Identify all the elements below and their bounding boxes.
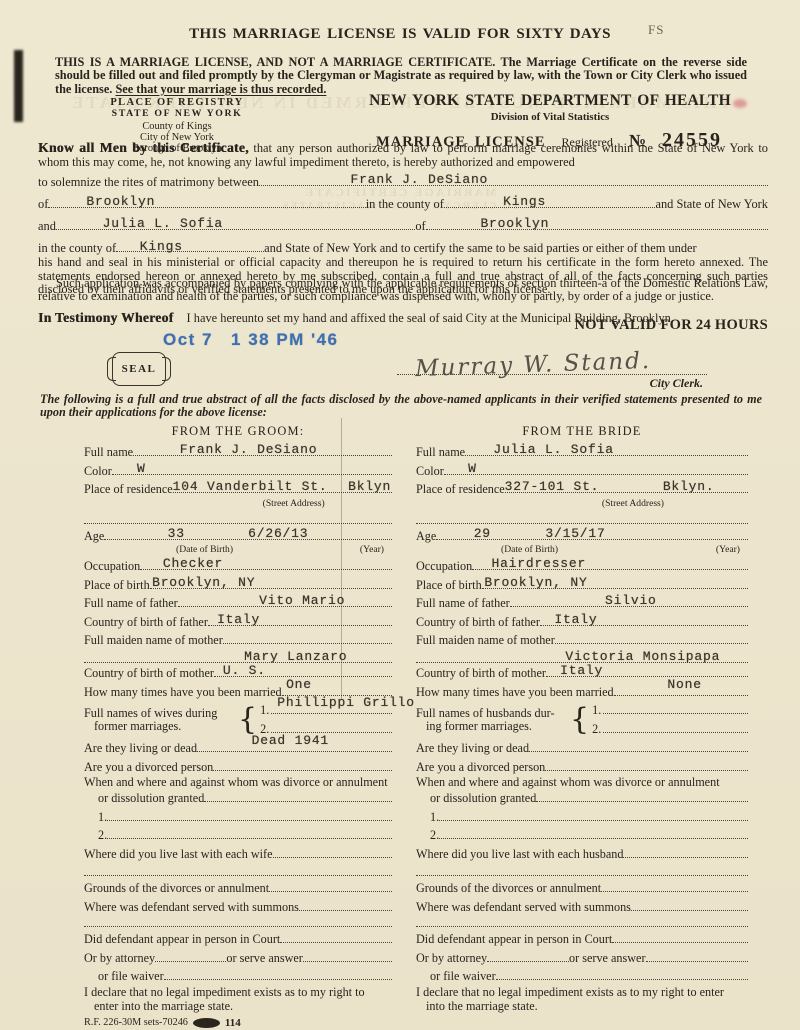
dotted-line: 327-101 St.Bklyn. <box>505 480 748 493</box>
groom-residence-city: Bklyn <box>348 479 391 494</box>
notice-lead: THIS IS A MARRIAGE LICENSE, AND NOT A MA… <box>55 55 495 69</box>
bride-declaration: I declare that no legal impediment exist… <box>416 986 748 1013</box>
abstract-columns: FROM THE GROOM: Full nameFrank J. DeSian… <box>0 424 800 1029</box>
groom-residence-row: of Brooklyn in the county of Kings and S… <box>38 194 768 212</box>
registry-line: PLACE OF REGISTRY <box>92 97 262 108</box>
dotted-line: W <box>444 462 748 475</box>
field-item-2: 2. <box>416 826 748 843</box>
field-mother-value: Mary Lanzaro <box>84 650 392 663</box>
dotted-line: Phillippi Grillo <box>271 701 392 714</box>
field-dissolution: or dissolution granted <box>416 789 748 806</box>
dotted-line: Frank J. DeSiano <box>133 443 392 456</box>
license-notice-paragraph: THIS IS A MARRIAGE LICENSE, AND NOT A MA… <box>55 56 747 96</box>
scan-edge-artifact <box>14 50 23 122</box>
field-occupation: OccupationHairdresser <box>416 557 748 574</box>
field-father-country: Country of birth of fatherItaly <box>416 613 748 630</box>
department-title: NEW YORK STATE DEPARTMENT OF HEALTH <box>320 92 780 110</box>
field-last-lived: Where did you live last with each husban… <box>416 845 748 862</box>
dotted-line <box>631 898 748 911</box>
groom-county-value: Kings <box>503 194 546 209</box>
dotted-line: Kings <box>444 194 656 208</box>
groom-father-country-value: Italy <box>217 612 260 627</box>
form-number: R.F. 226-30M sets-70246 <box>84 1017 188 1028</box>
application-paragraph: Such application was accompanied by pape… <box>38 277 768 303</box>
dotted-line <box>603 720 748 733</box>
dotted-line: Brooklyn, NY <box>482 576 748 589</box>
dotted-separator <box>84 869 392 876</box>
bride-section-header: FROM THE BRIDE <box>416 424 748 439</box>
bride-residence-city: Bklyn. <box>663 479 715 494</box>
field-age: Age293/15/17 <box>416 527 748 544</box>
after-county-text: and State of New York and to certify the… <box>264 242 697 255</box>
dotted-line: Checker <box>140 557 392 570</box>
groom-column: FROM THE GROOM: Full nameFrank J. DeSian… <box>84 424 392 1029</box>
dotted-line: 104 Vanderbilt St.Bklyn <box>173 480 392 493</box>
seal-label: SEAL <box>122 363 157 375</box>
bride-birthplace-value: Brooklyn, NY <box>484 575 587 590</box>
dotted-line <box>303 949 392 962</box>
union-bug-icon <box>193 1018 220 1028</box>
field-former-spouses: Full names of husbands dur-ing former ma… <box>416 701 748 738</box>
groom-mother-value: Mary Lanzaro <box>244 649 347 664</box>
field-living-or-dead: Are they living or dead <box>416 739 748 756</box>
dotted-line <box>107 808 392 821</box>
groom-residence-value: 104 Vanderbilt St. <box>173 479 328 494</box>
clerk-signature-block: Murray W. Stand. City Clerk. <box>397 342 707 391</box>
groom-age-value: 33 <box>168 526 185 541</box>
between-label: to solemnize the rites of matrimony betw… <box>38 175 259 190</box>
and-label: and <box>38 219 56 234</box>
certificate-opening-paragraph: Know all Men by this Certificate, that a… <box>38 141 768 170</box>
dotted-line: Brooklyn <box>48 194 365 208</box>
dotted-line: Hairdresser <box>472 557 748 570</box>
groom-living-value: Dead 1941 <box>252 733 329 748</box>
dotted-separator <box>416 920 748 927</box>
field-grounds: Grounds of the divorces or annulment <box>416 879 748 896</box>
dotted-line <box>555 631 748 644</box>
dotted-line <box>529 739 748 752</box>
brace-glyph: { <box>238 702 257 737</box>
dotted-line: Brooklyn, NY <box>150 576 392 589</box>
field-occupation: OccupationChecker <box>84 557 392 574</box>
dotted-line <box>545 758 748 771</box>
form-footer: R.F. 226-30M sets-70246 114 <box>84 1017 392 1029</box>
bride-father-value: Silvio <box>605 593 657 608</box>
dotted-line <box>107 826 392 839</box>
dotted-separator <box>416 869 748 876</box>
dotted-line: Italy <box>208 613 392 626</box>
notice-underlined: See that your marriage is thus recorded. <box>115 82 326 96</box>
dotted-separator <box>84 517 392 524</box>
field-court: Did defendant appear in person in Court <box>416 930 748 947</box>
stamp-time: 1 38 PM '46 <box>231 330 339 350</box>
county-label: in the county of <box>366 197 444 212</box>
bride-city-value: Brooklyn <box>480 216 549 231</box>
field-last-lived: Where did you live last with each wife <box>84 845 392 862</box>
dotted-line <box>155 949 226 962</box>
bride-residence-value: 327-101 St. <box>505 479 600 494</box>
bride-county-value: Kings <box>140 240 183 253</box>
bride-dob-value: 3/15/17 <box>545 526 605 541</box>
field-residence: Place of residence104 Vanderbilt St.Bkly… <box>84 480 392 497</box>
field-when-where: When and where and against whom was divo… <box>416 776 748 789</box>
dotted-line: 336/26/13 <box>104 527 392 540</box>
dotted-line: Kings <box>116 238 264 252</box>
groom-city-value: Brooklyn <box>86 194 155 209</box>
not-valid-warning: NOT VALID FOR 24 HOURS <box>38 317 768 334</box>
dotted-line <box>271 720 392 733</box>
field-attorney: Or by attorneyor serve answer <box>416 949 748 966</box>
street-address-note: (Street Address) <box>416 499 748 509</box>
street-address-note: (Street Address) <box>84 499 392 509</box>
groom-declaration: I declare that no legal impediment exist… <box>84 986 392 1013</box>
stamp-date: Oct 7 <box>163 330 213 350</box>
bride-color-value: W <box>468 461 477 476</box>
field-mother-value: Victoria Monsipapa <box>416 650 748 663</box>
field-residence: Place of residence327-101 St.Bklyn. <box>416 480 748 497</box>
groom-former-wife-1: Phillippi Grillo <box>277 695 415 710</box>
field-birthplace: Place of birthBrooklyn, NY <box>416 576 748 593</box>
dotted-line: Dead 1941 <box>197 739 392 752</box>
dotted-line <box>601 879 748 892</box>
field-father: Full name of fatherVito Mario <box>84 594 392 611</box>
plate-number: 114 <box>225 1017 241 1029</box>
field-item-1: 1. <box>416 808 748 825</box>
groom-mother-country-value: U. S. <box>223 663 266 678</box>
dotted-line: Mary Lanzaro <box>84 650 392 663</box>
registry-county: County of Kings <box>92 121 262 132</box>
field-mother-label: Full maiden name of mother <box>416 631 748 648</box>
state-label: and State of New York <box>655 197 768 212</box>
bride-mother-country-value: Italy <box>560 663 603 678</box>
dotted-line: Vito Mario <box>178 594 392 607</box>
dotted-line: One <box>282 683 392 696</box>
groom-birthplace-value: Brooklyn, NY <box>152 575 255 590</box>
dotted-line <box>269 879 392 892</box>
field-color: ColorW <box>84 462 392 479</box>
certificate-lead: Know all Men by this Certificate, <box>38 140 249 155</box>
dotted-line <box>223 631 392 644</box>
field-father-country: Country of birth of fatherItaly <box>84 613 392 630</box>
field-waiver: or file waiver <box>416 967 748 984</box>
department-subtitle: Division of Vital Statistics <box>320 111 780 123</box>
dotted-line <box>646 949 748 962</box>
dotted-line: Italy <box>540 613 748 626</box>
field-dissolution: or dissolution granted <box>84 789 392 806</box>
dotted-line <box>603 701 748 714</box>
dotted-line: Victoria Monsipapa <box>416 650 748 663</box>
dotted-line <box>623 845 748 858</box>
field-age: Age336/26/13 <box>84 527 392 544</box>
field-summons: Where was defendant served with summons <box>416 898 748 915</box>
field-summons: Where was defendant served with summons <box>84 898 392 915</box>
field-living-or-dead: Are they living or deadDead 1941 <box>84 739 392 756</box>
bride-full-name-value: Julia L. Sofia <box>493 442 613 457</box>
dotted-line <box>299 898 392 911</box>
dotted-separator <box>416 517 748 524</box>
field-item-2: 2. <box>84 826 392 843</box>
groom-full-name-value: Frank J. DeSiano <box>180 442 318 457</box>
field-full-name: Full nameFrank J. DeSiano <box>84 443 392 460</box>
bride-name-row: and Julia L. Sofia of Brooklyn <box>38 216 768 234</box>
field-item-1: 1. <box>84 808 392 825</box>
field-full-name: Full nameJulia L. Sofia <box>416 443 748 460</box>
groom-dob-value: 6/26/13 <box>248 526 308 541</box>
dotted-line <box>280 930 392 943</box>
field-grounds: Grounds of the divorces or annulment <box>84 879 392 896</box>
dotted-separator <box>84 920 392 927</box>
field-divorced: Are you a divorced person <box>84 758 392 775</box>
field-waiver: or file waiver <box>84 967 392 984</box>
age-notes: (Date of Birth)(Year) <box>416 545 748 555</box>
county-label: in the county of <box>38 242 116 255</box>
field-divorced: Are you a divorced person <box>416 758 748 775</box>
groom-name-value: Frank J. DeSiano <box>351 172 489 187</box>
field-times-married: How many times have you been marriedNone <box>416 683 748 700</box>
registry-line: STATE OF NEW YORK <box>92 108 262 119</box>
of-label: of <box>415 219 425 234</box>
bride-age-value: 29 <box>474 526 491 541</box>
field-court: Did defendant appear in person in Court <box>84 930 392 947</box>
marriage-license-document: THIS MARRIAGE MUST BE PERFORMED IN NEW Y… <box>0 0 800 1030</box>
field-mother-label: Full maiden name of mother <box>84 631 392 648</box>
signature-line: Murray W. Stand. <box>397 342 707 375</box>
age-notes: (Date of Birth)(Year) <box>84 545 392 555</box>
dotted-line: W <box>112 462 392 475</box>
dotted-line: Julia L. Sofia <box>56 216 415 230</box>
field-former-spouses: Full names of wives duringformer marriag… <box>84 701 392 738</box>
dotted-line <box>273 845 392 858</box>
groom-father-value: Vito Mario <box>259 593 345 608</box>
dotted-line <box>536 789 748 802</box>
bride-father-country-value: Italy <box>554 612 597 627</box>
groom-color-value: W <box>137 461 146 476</box>
field-father: Full name of fatherSilvio <box>416 594 748 611</box>
seal-mark: SEAL <box>112 352 166 386</box>
dotted-line: U. S. <box>214 664 392 677</box>
date-time-stamp: Oct 7 1 38 PM '46 <box>163 330 339 350</box>
dotted-line <box>213 758 392 771</box>
dotted-line <box>164 967 392 980</box>
abstract-intro-paragraph: The following is a full and true abstrac… <box>40 393 762 420</box>
field-birthplace: Place of birthBrooklyn, NY <box>84 576 392 593</box>
groom-section-header: FROM THE GROOM: <box>84 424 392 439</box>
field-attorney: Or by attorneyor serve answer <box>84 949 392 966</box>
groom-times-married-value: One <box>286 677 312 692</box>
groom-occupation-value: Checker <box>163 556 223 571</box>
validity-banner: THIS MARRIAGE LICENSE IS VALID FOR SIXTY… <box>0 26 800 43</box>
bride-name-value: Julia L. Sofia <box>103 216 223 231</box>
bride-occupation-value: Hairdresser <box>491 556 586 571</box>
dotted-line: Italy <box>546 664 748 677</box>
dotted-line: Frank J. DeSiano <box>259 172 768 186</box>
dotted-line <box>204 789 392 802</box>
field-mother-country: Country of birth of motherU. S. <box>84 664 392 681</box>
bride-column: FROM THE BRIDE Full nameJulia L. Sofia C… <box>416 424 748 1029</box>
brace-glyph: { <box>570 702 589 737</box>
field-when-where: When and where and against whom was divo… <box>84 776 392 789</box>
dotted-line <box>439 808 748 821</box>
dotted-line: Brooklyn <box>426 216 768 230</box>
dotted-line <box>612 930 748 943</box>
solemnize-row: to solemnize the rites of matrimony betw… <box>38 172 768 190</box>
corner-annotation: FS <box>648 22 664 38</box>
dotted-line: 293/15/17 <box>436 527 748 540</box>
dotted-line <box>439 826 748 839</box>
bride-times-married-value: None <box>667 677 701 692</box>
dotted-line <box>496 967 748 980</box>
dotted-line: None <box>614 683 748 696</box>
dotted-line: Silvio <box>510 594 748 607</box>
field-color: ColorW <box>416 462 748 479</box>
bride-mother-value: Victoria Monsipapa <box>565 649 720 664</box>
of-label: of <box>38 197 48 212</box>
dotted-line: Julia L. Sofia <box>465 443 748 456</box>
dotted-line <box>487 949 569 962</box>
